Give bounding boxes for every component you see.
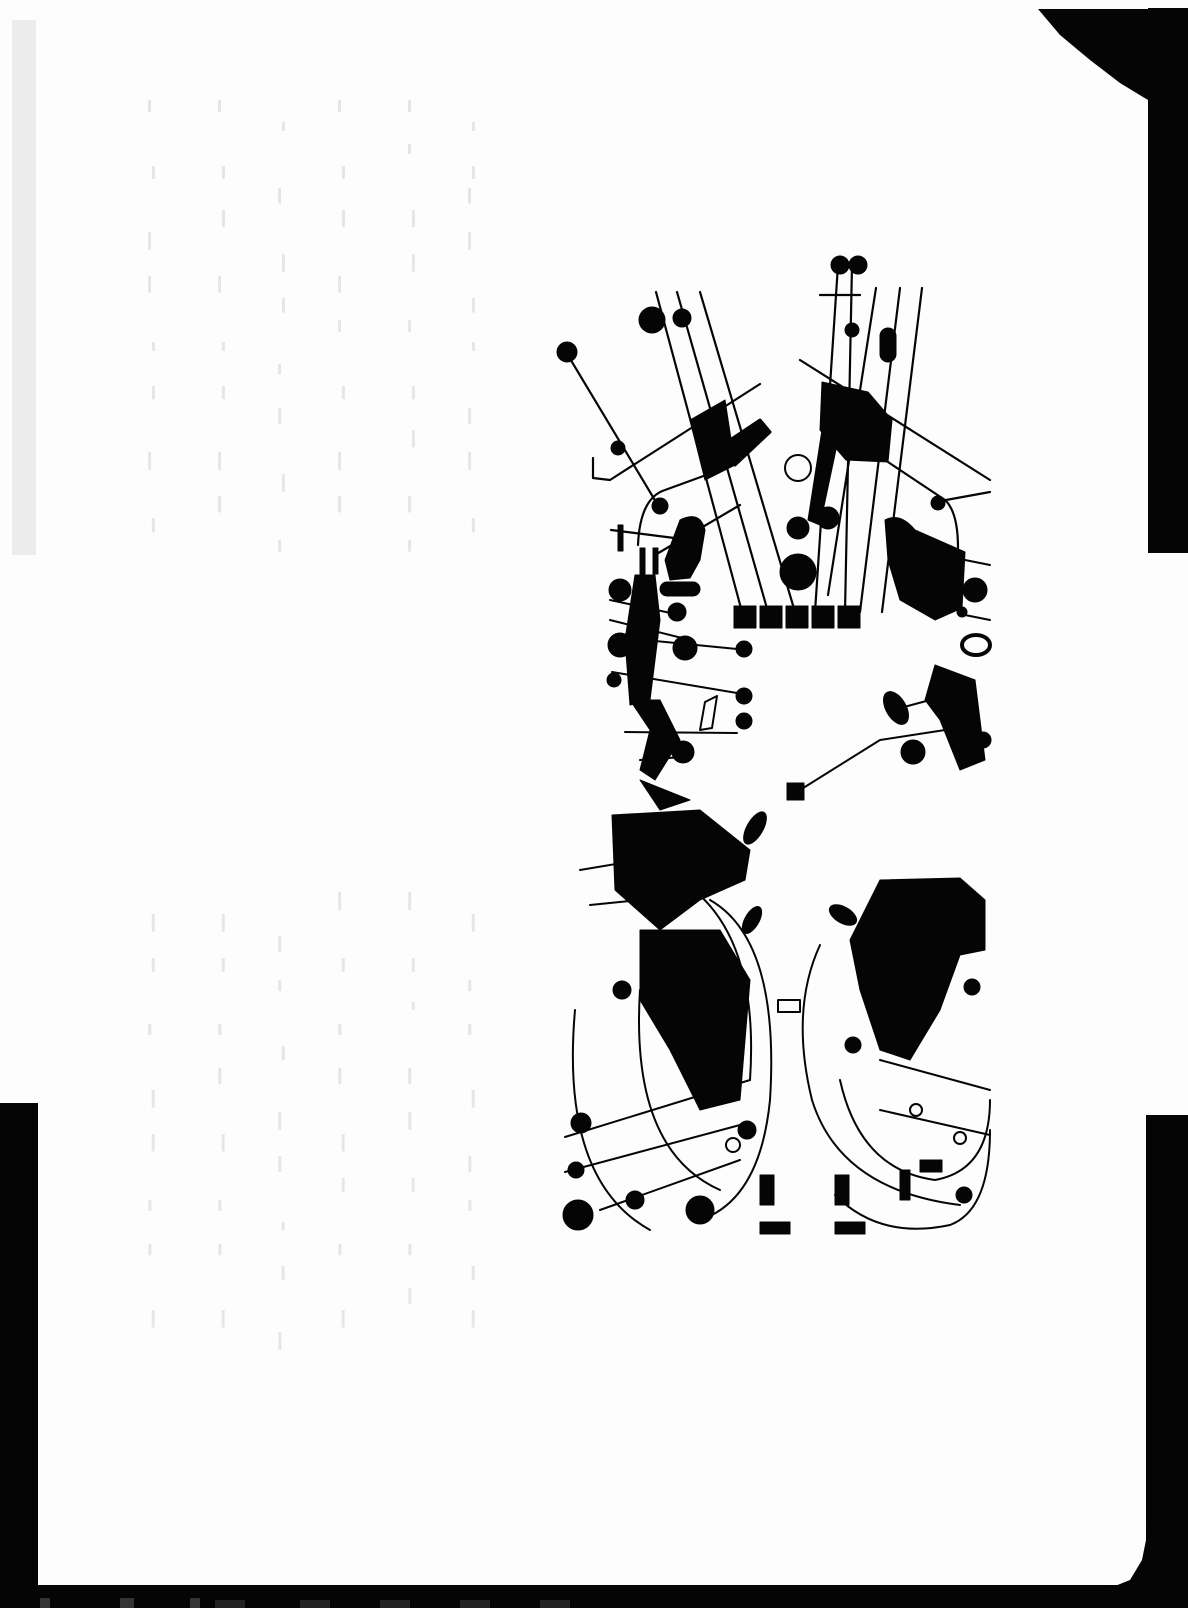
test-pad bbox=[787, 783, 804, 800]
component-cluster-left bbox=[607, 517, 705, 810]
pour-lower-right bbox=[826, 878, 985, 1234]
pcb-artwork bbox=[0, 0, 1188, 1608]
pour-lower-left bbox=[563, 808, 790, 1234]
pour-top-left bbox=[690, 400, 735, 480]
scanner-bottom-marks bbox=[0, 1594, 1188, 1608]
connector-pads-top bbox=[734, 606, 860, 628]
pad bbox=[557, 342, 577, 362]
scanned-page bbox=[0, 0, 1188, 1608]
